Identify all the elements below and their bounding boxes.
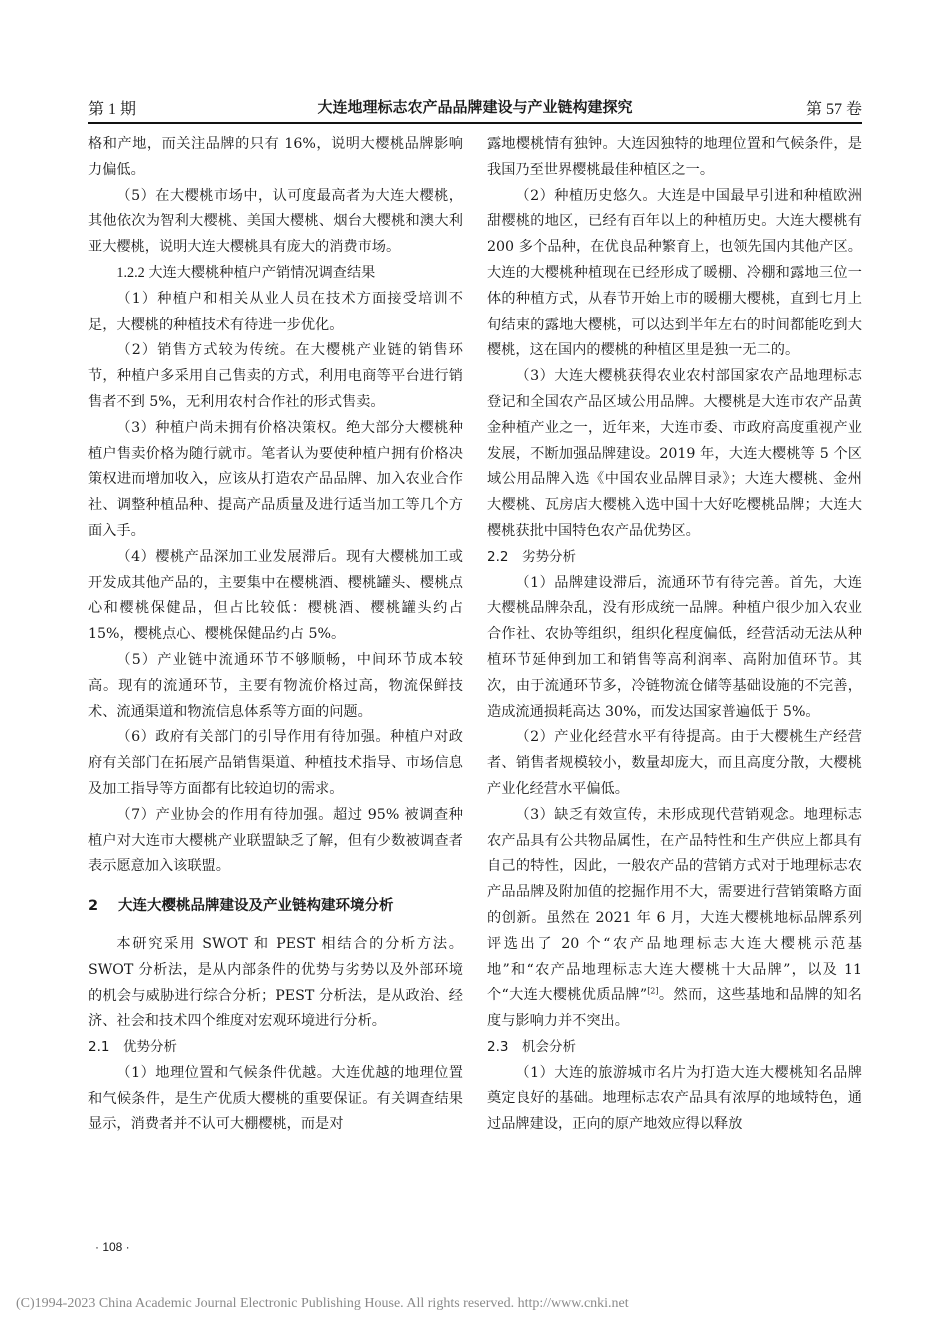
paragraph-text: 本研究采用 SWOT 和 PEST 相结合的分析方法。SWOT 分析法，是从内部… — [88, 936, 463, 1029]
paragraph-text: （1）品牌建设滞后，流通环节有待完善。首先，大连大樱桃品牌杂乱，没有形成统一品牌… — [487, 575, 862, 720]
paragraph-text: （1）地理位置和气候条件优越。大连优越的地理位置和气候条件，是生产优质大樱桃的重… — [88, 1065, 463, 1133]
paragraph: 露地樱桃情有独钟。大连因独特的地理位置和气候条件，是我国乃至世界樱桃最佳种植区之… — [487, 132, 862, 184]
paragraph: （2）产业化经营水平有待提高。由于大樱桃生产经营者、销售者规模较小，数量却庞大，… — [487, 725, 862, 802]
paragraph-text: （7）产业协会的作用有待加强。超过 95% 被调查种植户对大连市大樱桃产业联盟缺… — [88, 807, 463, 875]
citation-reference: [2] — [647, 987, 658, 996]
paragraph: （3）大连大樱桃获得农业农村部国家农产品地理标志登记和全国农产品区域公用品牌。大… — [487, 364, 862, 545]
header-rule — [88, 122, 862, 124]
paragraph: （5）在大樱桃市场中，认可度最高者为大连大樱桃，其他依次为智利大樱桃、美国大樱桃… — [88, 184, 463, 261]
paragraph: 格和产地，而关注品牌的只有 16%，说明大樱桃品牌影响力偏低。 — [88, 132, 463, 184]
left-column: 格和产地，而关注品牌的只有 16%，说明大樱桃品牌影响力偏低。（5）在大樱桃市场… — [88, 132, 463, 1138]
paragraph-text: （1）种植户和相关从业人员在技术方面接受培训不足，大樱桃的种植技术有待进一步优化… — [88, 291, 463, 333]
paragraph: （6）政府有关部门的引导作用有待加强。种植户对政府有关部门在拓展产品销售渠道、种… — [88, 725, 463, 802]
running-title: 大连地理标志农产品品牌建设与产业链构建探究 — [88, 96, 862, 117]
section-title: 大连大樱桃品牌建设及产业链构建环境分析 — [118, 898, 394, 914]
paragraph: （7）产业协会的作用有待加强。超过 95% 被调查种植户对大连市大樱桃产业联盟缺… — [88, 803, 463, 880]
paragraph: （1）大连的旅游城市名片为打造大连大樱桃知名品牌奠定良好的基础。地理标志农产品具… — [487, 1061, 862, 1138]
volume-number: 第 57 卷 — [806, 96, 862, 119]
paragraph-text: 格和产地，而关注品牌的只有 16%，说明大樱桃品牌影响力偏低。 — [88, 136, 463, 178]
subsection-heading: 1.2.2 大连大樱桃种植户产销情况调查结果 — [88, 261, 463, 287]
subsection-heading: 2.2 劣势分析 — [487, 545, 862, 571]
paragraph-text: （5）产业链中流通环节不够顺畅，中间环节成本较高。现有的流通环节，主要有物流价格… — [88, 652, 463, 720]
paragraph-text: （2）产业化经营水平有待提高。由于大樱桃生产经营者、销售者规模较小，数量却庞大，… — [487, 729, 862, 797]
paragraph: （1）种植户和相关从业人员在技术方面接受培训不足，大樱桃的种植技术有待进一步优化… — [88, 287, 463, 339]
paragraph: （3）种植户尚未拥有价格决策权。绝大部分大樱桃种植户售卖价格为随行就市。笔者认为… — [88, 416, 463, 545]
paragraph-text: （1）大连的旅游城市名片为打造大连大樱桃知名品牌奠定良好的基础。地理标志农产品具… — [487, 1065, 862, 1133]
copyright-notice: (C)1994-2023 China Academic Journal Elec… — [16, 1296, 629, 1312]
paragraph-text: （5）在大樱桃市场中，认可度最高者为大连大樱桃，其他依次为智利大樱桃、美国大樱桃… — [88, 188, 463, 256]
running-header: 第 1 期 大连地理标志农产品品牌建设与产业链构建探究 第 57 卷 — [88, 96, 862, 120]
paragraph-text: （3）大连大樱桃获得农业农村部国家农产品地理标志登记和全国农产品区域公用品牌。大… — [487, 368, 862, 539]
paragraph: （3）缺乏有效宣传，未形成现代营销观念。地理标志农产品具有公共物品属性，在产品特… — [487, 803, 862, 1035]
paragraph-text: （3）缺乏有效宣传，未形成现代营销观念。地理标志农产品具有公共物品属性，在产品特… — [487, 807, 862, 1004]
paragraph: （1）品牌建设滞后，流通环节有待完善。首先，大连大樱桃品牌杂乱，没有形成统一品牌… — [487, 571, 862, 726]
paragraph-text: （2）种植历史悠久。大连是中国最早引进和种植欧洲甜樱桃的地区，已经有百年以上的种… — [487, 188, 862, 359]
paragraph-text: （4）樱桃产品深加工业发展滞后。现有大樱桃加工或开发成其他产品的，主要集中在樱桃… — [88, 549, 463, 642]
paragraph-text: （2）销售方式较为传统。在大樱桃产业链的销售环节，种植户多采用自己售卖的方式，利… — [88, 342, 463, 410]
paragraph-text: （3）种植户尚未拥有价格决策权。绝大部分大樱桃种植户售卖价格为随行就市。笔者认为… — [88, 420, 463, 539]
right-column: 露地樱桃情有独钟。大连因独特的地理位置和气候条件，是我国乃至世界樱桃最佳种植区之… — [487, 132, 862, 1138]
paragraph: （2）种植历史悠久。大连是中国最早引进和种植欧洲甜樱桃的地区，已经有百年以上的种… — [487, 184, 862, 365]
subsection-heading: 2.3 机会分析 — [487, 1035, 862, 1061]
subsection-heading: 2.1 优势分析 — [88, 1035, 463, 1061]
paragraph: （1）地理位置和气候条件优越。大连优越的地理位置和气候条件，是生产优质大樱桃的重… — [88, 1061, 463, 1138]
paragraph-text: 露地樱桃情有独钟。大连因独特的地理位置和气候条件，是我国乃至世界樱桃最佳种植区之… — [487, 136, 862, 178]
paragraph: 本研究采用 SWOT 和 PEST 相结合的分析方法。SWOT 分析法，是从内部… — [88, 932, 463, 1035]
page-number: · 108 · — [95, 1240, 130, 1254]
paragraph: （2）销售方式较为传统。在大樱桃产业链的销售环节，种植户多采用自己售卖的方式，利… — [88, 338, 463, 415]
section-number: 2 — [88, 894, 118, 920]
paragraph-text: （6）政府有关部门的引导作用有待加强。种植户对政府有关部门在拓展产品销售渠道、种… — [88, 729, 463, 797]
paragraph: （4）樱桃产品深加工业发展滞后。现有大樱桃加工或开发成其他产品的，主要集中在樱桃… — [88, 545, 463, 648]
paragraph: （5）产业链中流通环节不够顺畅，中间环节成本较高。现有的流通环节，主要有物流价格… — [88, 648, 463, 725]
section-heading: 2大连大樱桃品牌建设及产业链构建环境分析 — [88, 894, 463, 920]
